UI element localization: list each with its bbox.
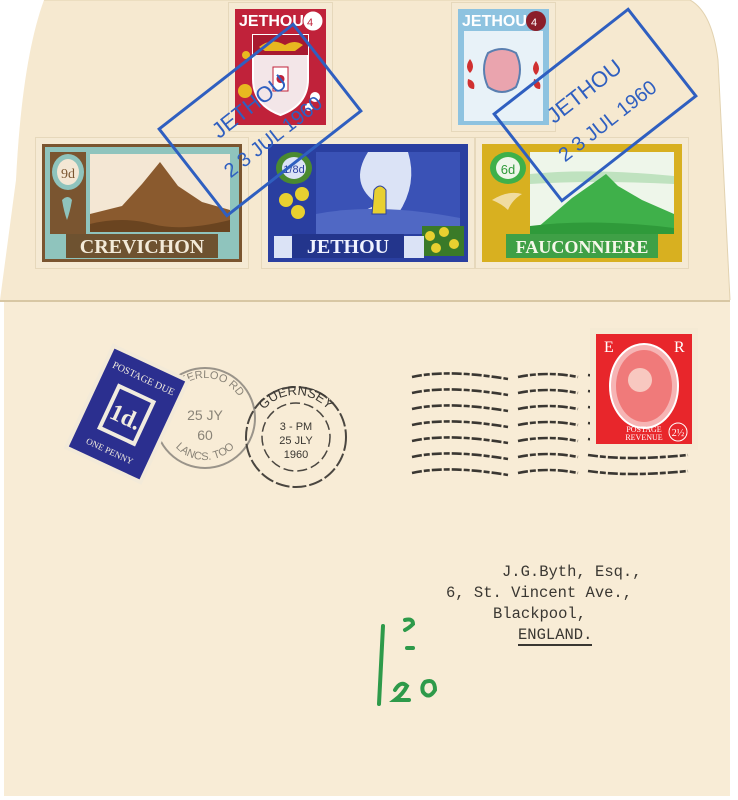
stamp-postage-due: 1d. POSTAGE DUE ONE PENNY bbox=[62, 342, 192, 491]
svg-text:25 JY: 25 JY bbox=[187, 407, 223, 423]
svg-text:2½: 2½ bbox=[672, 428, 685, 439]
address-line-1: J.G.Byth, Esq., bbox=[446, 562, 642, 583]
svg-text:25 JLY: 25 JLY bbox=[279, 435, 313, 447]
stamp-wilding-definitive: E R POSTAGE REVENUE 2½ bbox=[590, 328, 698, 454]
svg-text:1960: 1960 bbox=[284, 449, 308, 461]
recipient-address: J.G.Byth, Esq., 6, St. Vincent Ave., Bla… bbox=[446, 562, 642, 646]
svg-text:CREVICHON: CREVICHON bbox=[80, 236, 205, 258]
address-line-2: 6, St. Vincent Ave., bbox=[446, 583, 642, 604]
fold-line bbox=[0, 300, 730, 302]
svg-text:FAUCONNIERE: FAUCONNIERE bbox=[516, 237, 649, 257]
svg-text:60: 60 bbox=[197, 427, 213, 443]
svg-text:9d: 9d bbox=[61, 167, 75, 182]
svg-text:REVENUE: REVENUE bbox=[625, 433, 662, 442]
cachet-jethou-right: JETHOU 2 3 JUL 1960 bbox=[470, 0, 720, 210]
address-line-4: ENGLAND. bbox=[518, 626, 592, 646]
svg-text:E: E bbox=[604, 339, 614, 356]
cachet-jethou-left: JETHOU 2 3 JUL 1960 bbox=[140, 20, 380, 220]
manuscript-charge-mark bbox=[365, 612, 445, 712]
svg-text:JETHOU: JETHOU bbox=[307, 236, 389, 258]
postmark-guernsey: GUERNSEY 3 - PM 25 JLY 1960 bbox=[238, 382, 358, 492]
svg-text:3 - PM: 3 - PM bbox=[280, 421, 312, 433]
svg-text:GUERNSEY: GUERNSEY bbox=[256, 383, 337, 412]
address-line-3: Blackpool, bbox=[446, 604, 642, 625]
svg-text:R: R bbox=[674, 339, 685, 356]
